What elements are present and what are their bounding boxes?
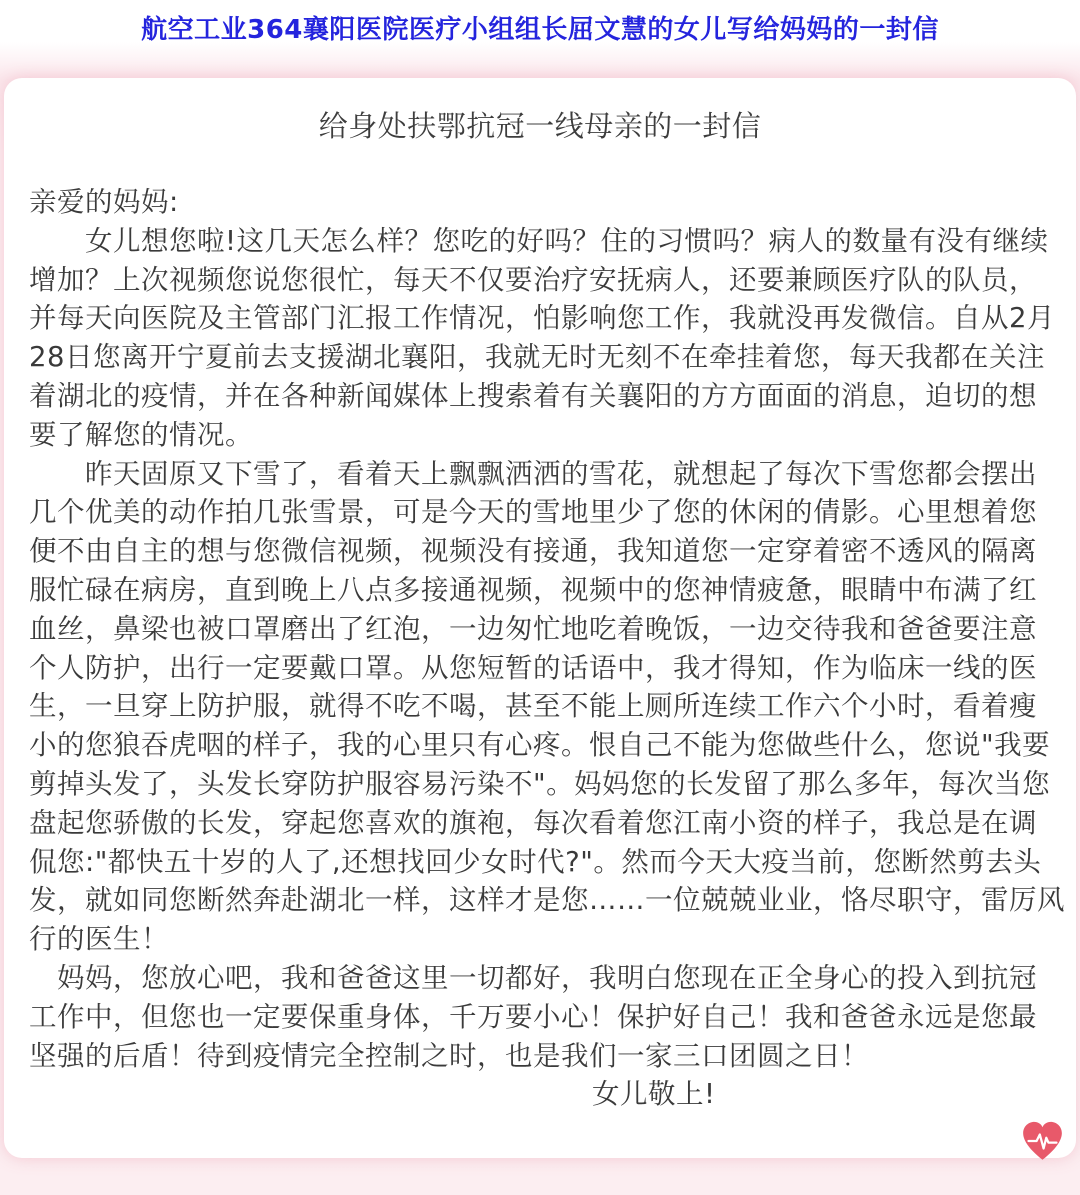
letter-line: 侃您:"都快五十岁的人了,还想找回少女时代?"。然而今天大疫当前，您断然剪去头 (29, 843, 1051, 882)
letter-card: 给身处扶鄂抗冠一线母亲的一封信 亲爱的妈妈: 女儿想您啦!这几天怎么样？您吃的好… (4, 78, 1076, 1158)
letter-body: 亲爱的妈妈: 女儿想您啦!这几天怎么样？您吃的好吗？住的习惯吗？病人的数量有没有… (29, 183, 1051, 1114)
letter-line: 并每天向医院及主管部门汇报工作情况，怕影响您工作，我就没再发微信。自从2月 (29, 299, 1051, 338)
letter-line: 便不由自主的想与您微信视频，视频没有接通，我知道您一定穿着密不透风的隔离 (29, 532, 1051, 571)
letter-line: 增加？上次视频您说您很忙，每天不仅要治疗安抚病人，还要兼顾医疗队的队员， (29, 261, 1051, 300)
letter-line: 个人防护，出行一定要戴口罩。从您短暂的话语中，我才得知，作为临床一线的医 (29, 649, 1051, 688)
letter-line: 剪掉头发了，头发长穿防护服容易污染不"。妈妈您的长发留了那么多年，每次当您 (29, 765, 1051, 804)
letter-line: 生，一旦穿上防护服，就得不吃不喝，甚至不能上厕所连续工作六个小时，看着瘦 (29, 687, 1051, 726)
letter-line: 服忙碌在病房，直到晚上八点多接通视频，视频中的您神情疲惫，眼睛中布满了红 (29, 571, 1051, 610)
letter-line: 小的您狼吞虎咽的样子，我的心里只有心疼。恨自己不能为您做些什么，您说"我要 (29, 726, 1051, 765)
letter-line: 要了解您的情况。 (29, 416, 1051, 455)
letter-line: 行的医生！ (29, 920, 1051, 959)
letter-line: 坚强的后盾！待到疫情完全控制之时，也是我们一家三口团圆之日！ (29, 1037, 1051, 1076)
letter-line: 妈妈，您放心吧，我和爸爸这里一切都好，我明白您现在正全身心的投入到抗冠 (29, 959, 1051, 998)
page-title: 航空工业364襄阳医院医疗小组组长屈文慧的女儿写给妈妈的一封信 (0, 0, 1080, 41)
letter-paragraph: 昨天固原又下雪了，看着天上飘飘洒洒的雪花，就想起了每次下雪您都会摆出几个优美的动… (29, 455, 1051, 959)
letter-line: 工作中，但您也一定要保重身体，千万要小心！保护好自己！我和爸爸永远是您最 (29, 998, 1051, 1037)
letter-line: 着湖北的疫情，并在各种新闻媒体上搜索着有关襄阳的方方面面的消息，迫切的想 (29, 377, 1051, 416)
heartbeat-heart-icon (1021, 1120, 1064, 1163)
letter-signature: 女儿敬上! (29, 1075, 1051, 1114)
letter-line: 血丝，鼻梁也被口罩磨出了红泡，一边匆忙地吃着晚饭，一边交待我和爸爸要注意 (29, 610, 1051, 649)
letter-salutation: 亲爱的妈妈: (29, 183, 1051, 222)
letter-paragraph: 女儿想您啦!这几天怎么样？您吃的好吗？住的习惯吗？病人的数量有没有继续增加？上次… (29, 222, 1051, 455)
letter-line: 几个优美的动作拍几张雪景，可是今天的雪地里少了您的休闲的倩影。心里想着您 (29, 493, 1051, 532)
letter-paragraphs: 女儿想您啦!这几天怎么样？您吃的好吗？住的习惯吗？病人的数量有没有继续增加？上次… (29, 222, 1051, 1076)
letter-line: 28日您离开宁夏前去支援湖北襄阳，我就无时无刻不在牵挂着您，每天我都在关注 (29, 338, 1051, 377)
letter-line: 女儿想您啦!这几天怎么样？您吃的好吗？住的习惯吗？病人的数量有没有继续 (29, 222, 1051, 261)
letter-line: 昨天固原又下雪了，看着天上飘飘洒洒的雪花，就想起了每次下雪您都会摆出 (29, 455, 1051, 494)
letter-line: 发，就如同您断然奔赴湖北一样，这样才是您……一位兢兢业业，恪尽职守，雷厉风 (29, 881, 1051, 920)
letter-title: 给身处扶鄂抗冠一线母亲的一封信 (29, 106, 1051, 146)
letter-line: 盘起您骄傲的长发，穿起您喜欢的旗袍，每次看着您江南小资的样子，我总是在调 (29, 804, 1051, 843)
letter-paragraph: 妈妈，您放心吧，我和爸爸这里一切都好，我明白您现在正全身心的投入到抗冠工作中，但… (29, 959, 1051, 1075)
